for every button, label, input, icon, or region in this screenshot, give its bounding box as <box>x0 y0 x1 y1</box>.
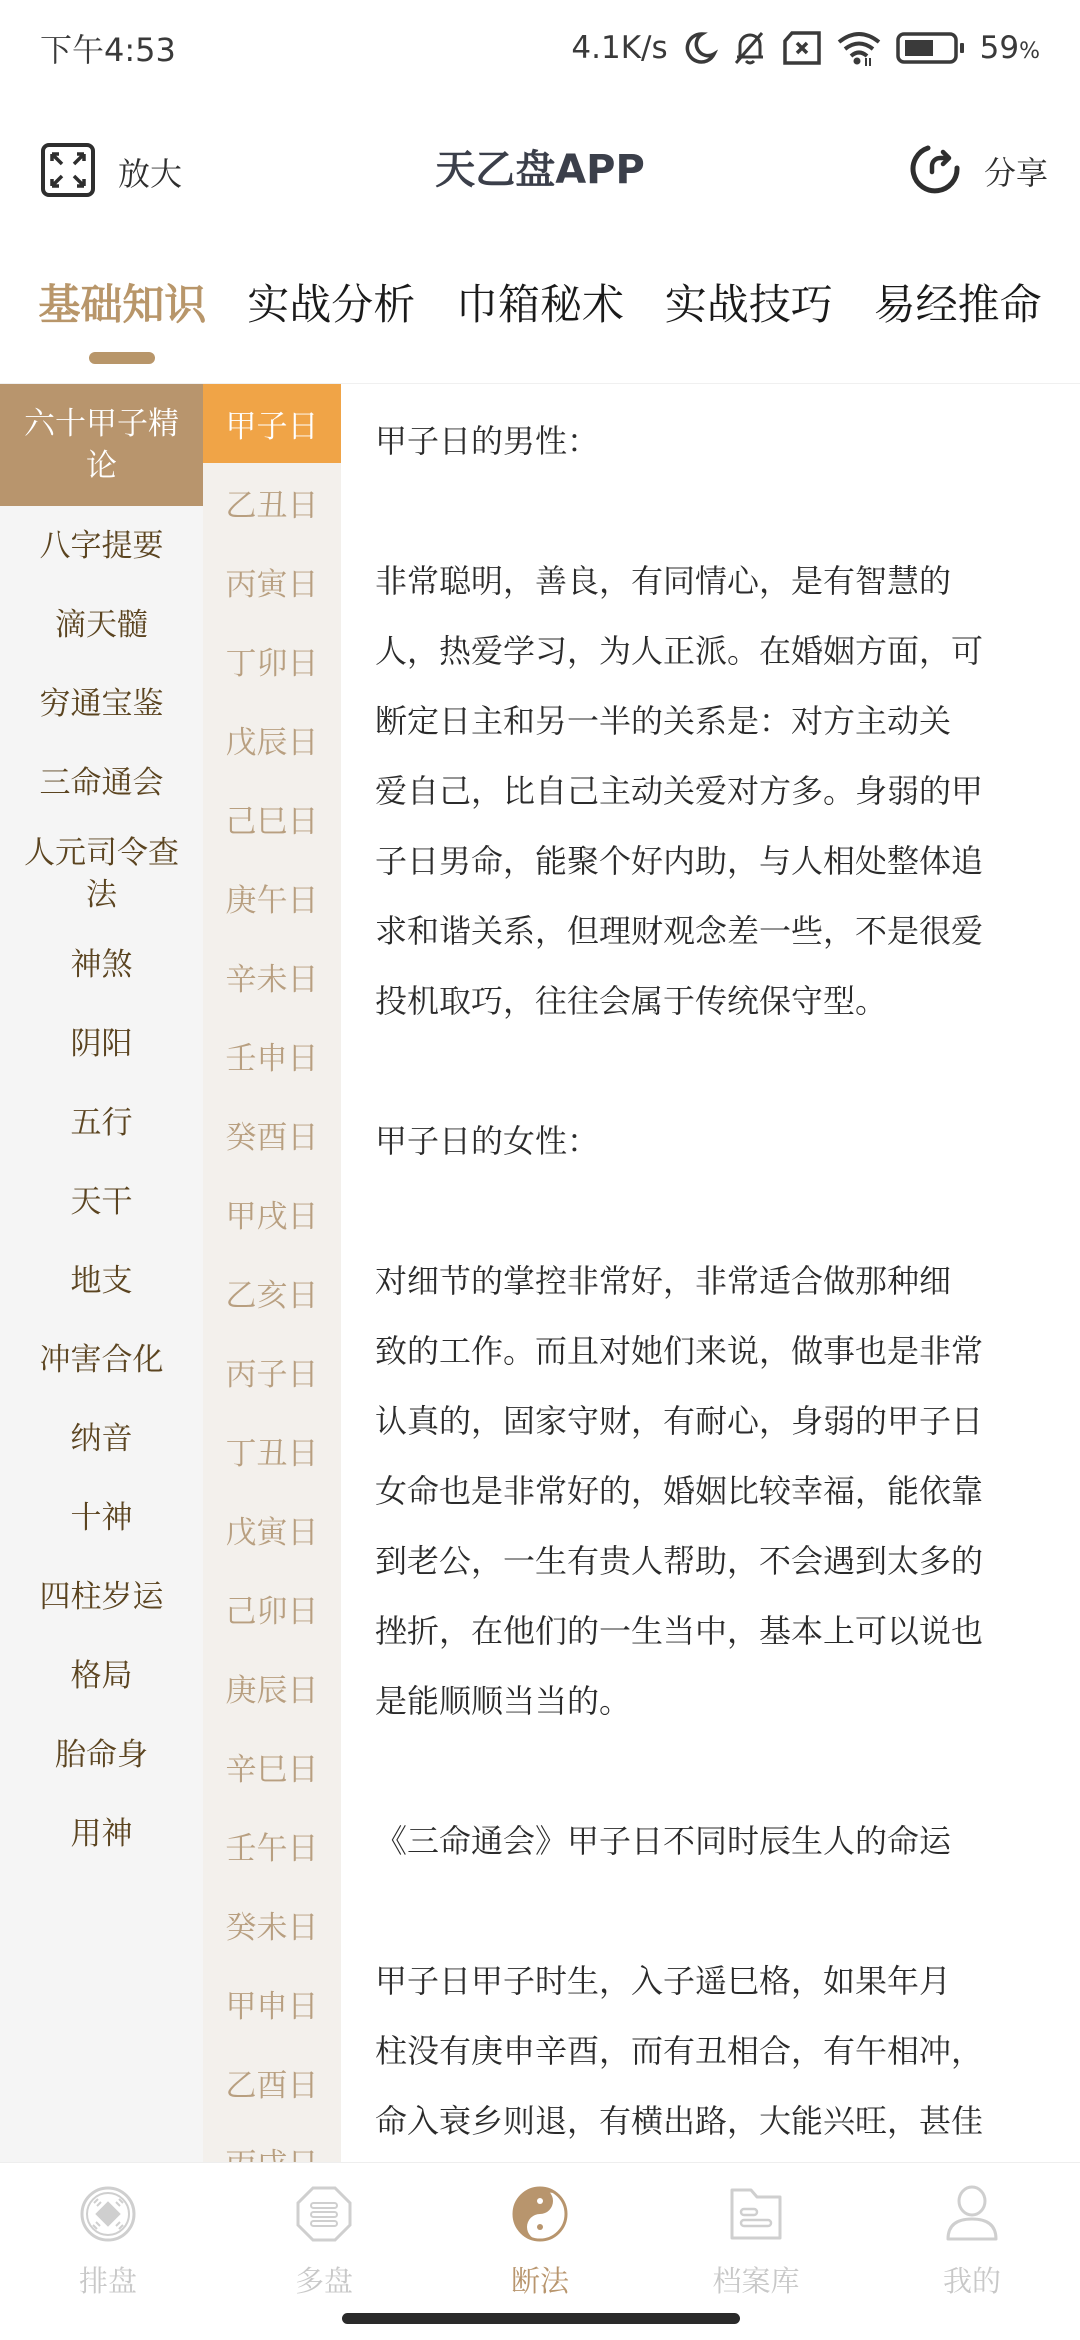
day-item[interactable]: 戊辰日 <box>203 700 341 779</box>
status-icons: 4.1K/s 59% <box>571 29 1040 67</box>
sidebar-item[interactable]: 格局 <box>0 1636 203 1715</box>
day-item[interactable]: 壬午日 <box>203 1806 341 1885</box>
category-tabs: 基础知识 实战分析 巾箱秘术 实战技巧 易经推命 <box>0 262 1080 362</box>
day-item[interactable]: 丙子日 <box>203 1332 341 1411</box>
hexagram-icon <box>295 2185 353 2247</box>
article-line: 挫折，在他们的一生当中，基本上可以说也 <box>375 1596 1052 1666</box>
tab-yijing[interactable]: 易经推命 <box>874 262 1042 342</box>
article-line: 求和谐关系，但理财观念差一些，不是很爱 <box>375 896 1052 966</box>
article-line: 甲子日甲子时生，入子遥巳格，如果年月 <box>375 1946 1052 2016</box>
article-line: 认真的，固家守财，有耐心，身弱的甲子日 <box>375 1386 1052 1456</box>
day-item[interactable]: 乙酉日 <box>203 2043 341 2122</box>
day-item[interactable]: 乙丑日 <box>203 463 341 542</box>
app-header: 放大 天乙盘APP 分享 <box>0 120 1080 220</box>
section-heading-male: 甲子日的男性： <box>375 406 1052 476</box>
share-label: 分享 <box>984 148 1048 194</box>
day-item[interactable]: 壬申日 <box>203 1016 341 1095</box>
article-line: 子日男命，能聚个好内助，与人相处整体追 <box>375 826 1052 896</box>
day-item[interactable]: 己巳日 <box>203 779 341 858</box>
day-item[interactable]: 癸未日 <box>203 1885 341 1964</box>
blank-line <box>375 1876 1052 1946</box>
article-line: 柱没有庚申辛酉，而有丑相合，有午相冲， <box>375 2016 1052 2086</box>
sidebar-item[interactable]: 五行 <box>0 1083 203 1162</box>
blank-line <box>375 1176 1052 1246</box>
sidebar-item[interactable]: 人元司令查法 <box>0 822 203 925</box>
blank-line <box>375 1736 1052 1806</box>
active-tab-indicator <box>89 352 155 364</box>
tab-practical-analysis[interactable]: 实战分析 <box>247 262 415 342</box>
sidebar-item[interactable]: 穷通宝鉴 <box>0 664 203 743</box>
coin-icon <box>79 2185 137 2247</box>
sidebar-item[interactable]: 用神 <box>0 1794 203 1873</box>
day-item[interactable]: 甲申日 <box>203 1964 341 2043</box>
sidebar-item[interactable]: 阴阳 <box>0 1004 203 1083</box>
tab-basics[interactable]: 基础知识 <box>38 262 206 342</box>
tab-practical-skills[interactable]: 实战技巧 <box>665 262 833 342</box>
article-line: 是能顺顺当当的。 <box>375 1666 1052 1736</box>
day-item[interactable]: 辛巳日 <box>203 1727 341 1806</box>
section-heading-sanming: 《三命通会》甲子日不同时辰生人的命运 <box>375 1806 1052 1876</box>
section-heading-female: 甲子日的女性： <box>375 1106 1052 1176</box>
sidebar-item[interactable]: 纳音 <box>0 1399 203 1478</box>
nav-profile[interactable]: 我的 <box>892 2185 1052 2300</box>
bell-off-icon <box>732 29 768 67</box>
nav-duanfa[interactable]: 断法 <box>460 2185 620 2300</box>
day-item[interactable]: 己卯日 <box>203 1569 341 1648</box>
folder-icon <box>727 2185 785 2247</box>
day-list[interactable]: 甲子日 乙丑日 丙寅日 丁卯日 戊辰日 己巳日 庚午日 辛未日 壬申日 癸酉日 … <box>203 384 341 2162</box>
article-line: 对细节的掌控非常好，非常适合做那种细 <box>375 1246 1052 1316</box>
article-line: 非常聪明，善良，有同情心，是有智慧的 <box>375 546 1052 616</box>
sidebar-item[interactable]: 胎命身 <box>0 1715 203 1794</box>
day-item[interactable]: 乙亥日 <box>203 1253 341 1332</box>
nav-duopan[interactable]: 多盘 <box>244 2185 404 2300</box>
sidebar-item[interactable]: 冲害合化 <box>0 1320 203 1399</box>
nav-archive[interactable]: 档案库 <box>676 2185 836 2300</box>
sidebar-item[interactable]: 三命通会 <box>0 743 203 822</box>
home-indicator[interactable] <box>342 2313 740 2324</box>
refresh-share-icon <box>910 142 964 200</box>
blank-line <box>375 476 1052 546</box>
share-button[interactable]: 分享 <box>910 142 1048 200</box>
sidebar-item[interactable]: 天干 <box>0 1162 203 1241</box>
blank-line <box>375 1036 1052 1106</box>
article-line: 人，热爱学习，为人正派。在婚姻方面，可 <box>375 616 1052 686</box>
day-item[interactable]: 癸酉日 <box>203 1095 341 1174</box>
day-item[interactable]: 丁卯日 <box>203 621 341 700</box>
sidebar-item[interactable]: 四柱岁运 <box>0 1557 203 1636</box>
article-line: 到老公，一生有贵人帮助，不会遇到太多的 <box>375 1526 1052 1596</box>
day-item-jiazi[interactable]: 甲子日 <box>203 384 341 463</box>
article-line: 致的工作。而且对她们来说，做事也是非常 <box>375 1316 1052 1386</box>
yin-yang-icon <box>511 2185 569 2247</box>
status-bar: 下午4:53 4.1K/s 59% <box>0 0 1080 96</box>
sidebar-item[interactable]: 神煞 <box>0 925 203 1004</box>
network-speed: 4.1K/s <box>571 30 667 66</box>
tab-secret-arts[interactable]: 巾箱秘术 <box>456 262 624 342</box>
nav-paipan[interactable]: 排盘 <box>28 2185 188 2300</box>
content-area: 六十甲子精论 八字提要 滴天髓 穷通宝鉴 三命通会 人元司令查法 神煞 阴阳 五… <box>0 383 1080 2162</box>
battery-icon <box>896 31 966 65</box>
article-line: 投机取巧，往往会属于传统保守型。 <box>375 966 1052 1036</box>
sidebar-item[interactable]: 滴天髓 <box>0 585 203 664</box>
article-line: 女命也是非常好的，婚姻比较幸福，能依靠 <box>375 1456 1052 1526</box>
category-sidebar[interactable]: 六十甲子精论 八字提要 滴天髓 穷通宝鉴 三命通会 人元司令查法 神煞 阴阳 五… <box>0 384 203 2162</box>
sidebar-item[interactable]: 地支 <box>0 1241 203 1320</box>
article-line: 爱自己，比自己主动关爱对方多。身弱的甲 <box>375 756 1052 826</box>
day-item[interactable]: 庚辰日 <box>203 1648 341 1727</box>
sim-absent-icon <box>782 31 822 65</box>
day-item[interactable]: 戊寅日 <box>203 1490 341 1569</box>
sidebar-item[interactable]: 八字提要 <box>0 506 203 585</box>
battery-percent: 59% <box>980 30 1040 66</box>
article-content[interactable]: 甲子日的男性： 非常聪明，善良，有同情心，是有智慧的 人，热爱学习，为人正派。在… <box>341 384 1080 2162</box>
day-item[interactable]: 丁丑日 <box>203 1411 341 1490</box>
article-line: 命入衰乡则退，有横出路，大能兴旺，甚佳 <box>375 2086 1052 2156</box>
sidebar-item-sixty-jiazi[interactable]: 六十甲子精论 <box>0 384 203 506</box>
moon-icon <box>682 30 718 66</box>
status-time: 下午4:53 <box>40 25 176 71</box>
day-item[interactable]: 辛未日 <box>203 937 341 1016</box>
wifi-icon <box>836 30 882 66</box>
user-icon <box>943 2185 1001 2247</box>
article-line: 断定日主和另一半的关系是：对方主动关 <box>375 686 1052 756</box>
day-item[interactable]: 甲戌日 <box>203 1174 341 1253</box>
day-item[interactable]: 丙戌日 <box>203 2122 341 2162</box>
day-item[interactable]: 庚午日 <box>203 858 341 937</box>
sidebar-item[interactable]: 十神 <box>0 1478 203 1557</box>
day-item[interactable]: 丙寅日 <box>203 542 341 621</box>
